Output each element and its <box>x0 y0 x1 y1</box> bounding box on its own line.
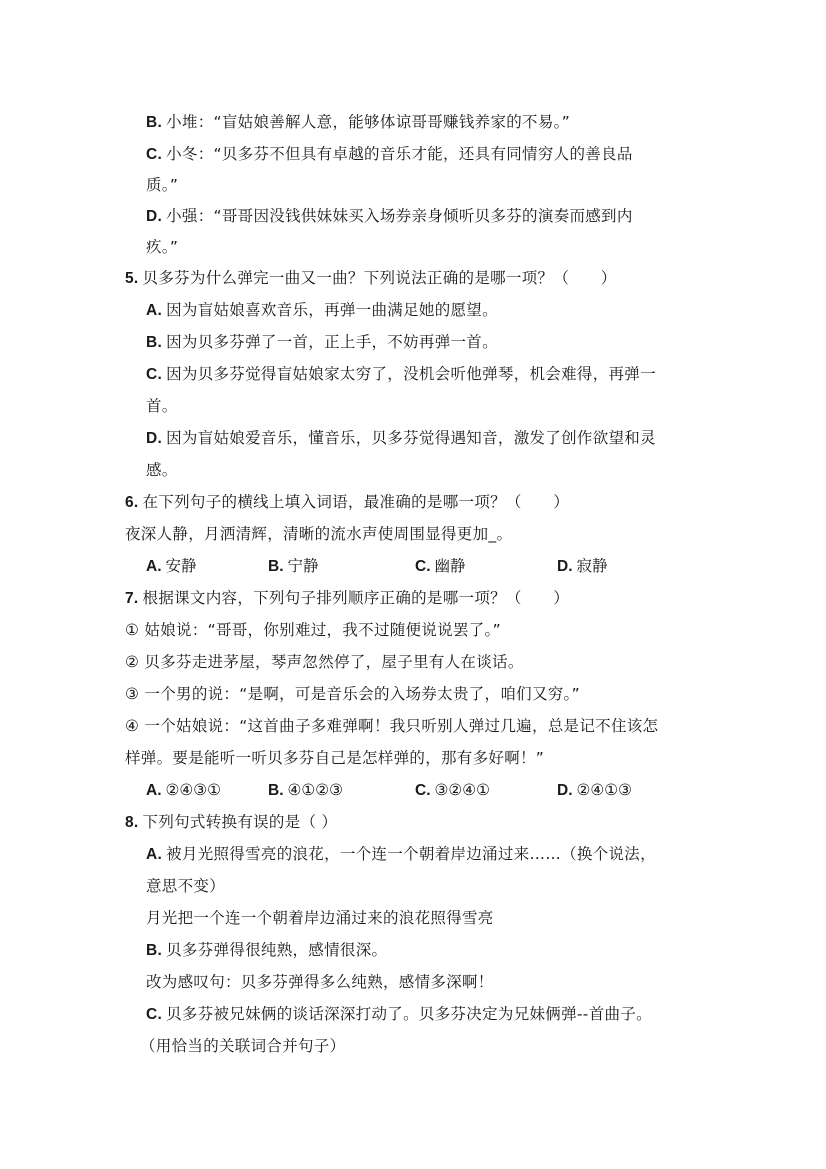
option-label: C. <box>146 146 162 163</box>
option-label: B. <box>146 942 162 959</box>
option-text: 小冬：“贝多芬不但具有卓越的音乐才能，还具有同情穷人的善良品 <box>166 145 633 163</box>
question-number: 7. <box>125 590 139 607</box>
q7-option-d: D.②④①③ <box>557 780 632 801</box>
option-text: 因为盲姑娘爱音乐，懂音乐，贝多芬觉得遇知音，激发了创作欲望和灵 <box>166 429 656 447</box>
option-text: 小堆：“盲姑娘善解人意，能够体谅哥哥赚钱养家的不易。” <box>166 113 570 131</box>
document-page: B.小堆：“盲姑娘善解人意，能够体谅哥哥赚钱养家的不易。” C.小冬：“贝多芬不… <box>0 0 826 1169</box>
q8-option-a-answer: 月光把一个连一个朝着岸边涌过来的浪花照得雪亮 <box>146 908 494 928</box>
q7-item-4-cont: 样弹。要是能听一听贝多芬自己是怎样弹的，那有多好啊！” <box>125 748 544 768</box>
q6-option-a: A.安静 <box>146 556 197 577</box>
option-label: D. <box>146 430 162 447</box>
q5-option-c: C.因为贝多芬觉得盲姑娘家太穷了，没机会听他弹琴，机会难得，再弹一 <box>146 364 656 385</box>
option-text: 小强：“哥哥因没钱供妹妹买入场券亲身倾听贝多芬的演奏而感到内 <box>166 207 633 225</box>
option-text: 因为贝多芬觉得盲姑娘家太穷了，没机会听他弹琴，机会难得，再弹一 <box>166 365 656 383</box>
question-number: 8. <box>125 814 139 831</box>
q4-option-d: D.小强：“哥哥因没钱供妹妹买入场券亲身倾听贝多芬的演奏而感到内 <box>146 206 633 227</box>
q4-option-d-cont: 疚。” <box>146 237 178 257</box>
option-text: 因为贝多芬弹了一首，正上手，不妨再弹一首。 <box>166 333 498 351</box>
q7-stem: 7.根据课文内容，下列句子排列顺序正确的是哪一项？（ ） <box>125 588 569 609</box>
option-text: 被月光照得雪亮的浪花，一个连一个朝着岸边涌过来……（换个说法， <box>166 845 656 863</box>
q7-item-2: ② 贝多芬走进茅屋，琴声忽然停了，屋子里有人在谈话。 <box>125 652 524 672</box>
q7-item-1: ① 姑娘说：“哥哥，你别难过，我不过随便说说罢了。” <box>125 620 501 640</box>
q5-stem: 5.贝多芬为什么弹完一曲又一曲？下列说法正确的是哪一项？（ ） <box>125 268 617 289</box>
q4-option-c: C.小冬：“贝多芬不但具有卓越的音乐才能，还具有同情穷人的善良品 <box>146 144 633 165</box>
q5-option-d-cont: 感。 <box>146 460 178 480</box>
q6-stem: 6.在下列句子的横线上填入词语，最准确的是哪一项？（ ） <box>125 492 569 513</box>
q5-option-a: A.因为盲姑娘喜欢音乐，再弹一曲满足她的愿望。 <box>146 300 498 321</box>
option-text: 因为盲姑娘喜欢音乐，再弹一曲满足她的愿望。 <box>166 301 498 319</box>
option-text: 贝多芬弹得很纯熟，感情很深。 <box>166 941 387 959</box>
q8-option-b-answer: 改为感叹句：贝多芬弹得多么纯熟，感情多深啊！ <box>146 972 494 992</box>
question-text: 根据课文内容，下列句子排列顺序正确的是哪一项？（ ） <box>143 589 570 607</box>
q8-option-a-cont: 意思不变） <box>146 876 225 896</box>
q8-option-a: A.被月光照得雪亮的浪花，一个连一个朝着岸边涌过来……（换个说法， <box>146 844 656 865</box>
q5-option-d: D.因为盲姑娘爱音乐，懂音乐，贝多芬觉得遇知音，激发了创作欲望和灵 <box>146 428 656 449</box>
q6-option-b: B.宁静 <box>268 556 319 577</box>
q7-item-4: ④ 一个姑娘说：“这首曲子多难弹啊！我只听别人弹过几遍，总是记不住该怎 <box>125 716 658 736</box>
q8-stem: 8.下列句式转换有误的是（ ） <box>125 812 337 833</box>
option-text: 贝多芬被兄妹俩的谈话深深打动了。贝多芬决定为兄妹俩弹--首曲子。 <box>166 1005 652 1023</box>
option-label: B. <box>146 114 162 131</box>
option-label: A. <box>146 846 162 863</box>
option-label: C. <box>146 1006 162 1023</box>
q4-option-c-cont: 质。” <box>146 175 178 195</box>
question-text: 贝多芬为什么弹完一曲又一曲？下列说法正确的是哪一项？（ ） <box>143 269 617 287</box>
question-text: 下列句式转换有误的是（ ） <box>143 813 338 831</box>
question-number: 5. <box>125 270 139 287</box>
option-label: C. <box>146 366 162 383</box>
q5-option-b: B.因为贝多芬弹了一首，正上手，不妨再弹一首。 <box>146 332 498 353</box>
q6-sentence: 夜深人静，月洒清辉，清晰的流水声使周围显得更加_。 <box>125 524 512 544</box>
option-label: A. <box>146 302 162 319</box>
q4-option-b: B.小堆：“盲姑娘善解人意，能够体谅哥哥赚钱养家的不易。” <box>146 112 570 133</box>
q8-option-c-cont: （用恰当的关联词合并句子） <box>140 1036 345 1056</box>
option-label: D. <box>146 208 162 225</box>
question-text: 在下列句子的横线上填入词语，最准确的是哪一项？（ ） <box>143 493 570 511</box>
q7-option-b: B.④①②③ <box>268 780 343 801</box>
q7-option-c: C.③②④① <box>415 780 490 801</box>
q8-option-b: B.贝多芬弹得很纯熟，感情很深。 <box>146 940 387 961</box>
q7-item-3: ③ 一个男的说：“是啊，可是音乐会的入场券太贵了，咱们又穷。” <box>125 684 580 704</box>
q5-option-c-cont: 首。 <box>146 396 178 416</box>
q6-option-c: C.幽静 <box>415 556 466 577</box>
q7-option-a: A.②④③① <box>146 780 221 801</box>
question-number: 6. <box>125 494 139 511</box>
q6-option-d: D.寂静 <box>557 556 608 577</box>
option-label: B. <box>146 334 162 351</box>
q8-option-c: C.贝多芬被兄妹俩的谈话深深打动了。贝多芬决定为兄妹俩弹--首曲子。 <box>146 1004 652 1025</box>
